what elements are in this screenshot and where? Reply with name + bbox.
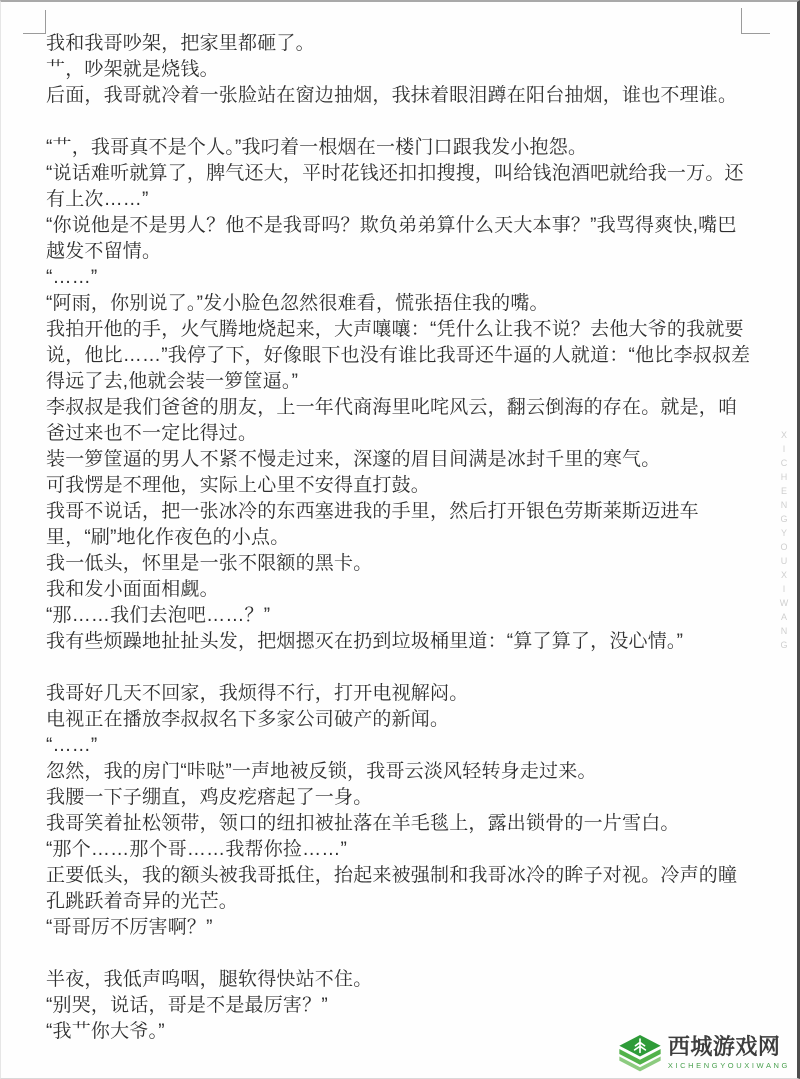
paragraph: “那……我们去泡吧……？” [46, 603, 752, 629]
paragraph-spacer [46, 941, 752, 967]
paragraph: 我一低头，怀里是一张不限额的黑卡。 [46, 551, 752, 577]
wheat-leaf-layers-icon [617, 1035, 663, 1073]
side-watermark: XICHENGYOUXIWANG [779, 430, 789, 654]
paragraph-spacer [46, 655, 752, 681]
paragraph-spacer [46, 109, 752, 135]
paragraph: 李叔叔是我们爸爸的朋友，上一年代商海里叱咤风云，翻云倒海的存在。就是，咱爸过来也… [46, 395, 752, 447]
paragraph: 半夜，我低声呜咽，腿软得快站不住。 [46, 967, 752, 993]
paragraph: “……” [46, 265, 752, 291]
logo-subtitle: XICHENGYOUXIWANG [668, 1061, 790, 1070]
document-page: 我和我哥吵架，把家里都砸了。艹，吵架就是烧钱。后面，我哥就冷着一张脸站在窗边抽烟… [0, 0, 800, 1079]
logo-text-block: 西城游戏网 XICHENGYOUXIWANG [668, 1034, 790, 1070]
paragraph: 正要低头，我的额头被我哥抵住，抬起来被强制和我哥冰冷的眸子对视。冷声的瞳孔跳跃着… [46, 863, 752, 915]
paragraph: 可我愣是不理他，实际上心里不安得直打鼓。 [46, 473, 752, 499]
paragraph: 我拍开他的手，火气腾地烧起来，大声嚷嚷：“凭什么让我不说？去他大爷的我就要说，他… [46, 317, 752, 395]
text-boundary-mark-top-left [23, 10, 46, 34]
story-text: 我和我哥吵架，把家里都砸了。艹，吵架就是烧钱。后面，我哥就冷着一张脸站在窗边抽烟… [46, 31, 752, 1045]
paragraph: 我腰一下子绷直，鸡皮疙瘩起了一身。 [46, 785, 752, 811]
paragraph: “别哭，说话，哥是不是最厉害？” [46, 993, 752, 1019]
paragraph: 后面，我哥就冷着一张脸站在窗边抽烟，我抹着眼泪蹲在阳台抽烟，谁也不理谁。 [46, 83, 752, 109]
site-logo: 西城游戏网 XICHENGYOUXIWANG [617, 1034, 790, 1073]
paragraph: 电视正在播放李叔叔名下多家公司破产的新闻。 [46, 707, 752, 733]
paragraph: “说话难听就算了，脾气还大，平时花钱还扣扣搜搜，叫给钱泡酒吧就给我一万。还有上次… [46, 161, 752, 213]
paragraph: 我哥不说话，把一张冰冷的东西塞进我的手里，然后打开银色劳斯莱斯迈进车里，“刷”地… [46, 499, 752, 551]
paragraph: 我哥笑着扯松领带，领口的纽扣被扯落在羊毛毯上，露出锁骨的一片雪白。 [46, 811, 752, 837]
logo-title: 西城游戏网 [668, 1034, 790, 1060]
paragraph: “艹，我哥真不是个人。”我叼着一根烟在一楼门口跟我发小抱怨。 [46, 135, 752, 161]
paragraph: “……” [46, 733, 752, 759]
paragraph: “你说他是不是男人？他不是我哥吗？欺负弟弟算什么天大本事？”我骂得爽快,嘴巴越发… [46, 213, 752, 265]
paragraph: “那个……那个哥……我帮你捡……” [46, 837, 752, 863]
paragraph: 艹，吵架就是烧钱。 [46, 57, 752, 83]
paragraph: 我和发小面面相觑。 [46, 577, 752, 603]
paragraph: 我有些烦躁地扯扯头发，把烟摁灭在扔到垃圾桶里道：“算了算了，没心情。” [46, 629, 752, 655]
paragraph: 装一箩筐逼的男人不紧不慢走过来，深邃的眉目间满是冰封千里的寒气。 [46, 447, 752, 473]
paragraph: “阿雨，你别说了。”发小脸色忽然很难看，慌张捂住我的嘴。 [46, 291, 752, 317]
paragraph: “哥哥厉不厉害啊？” [46, 915, 752, 941]
paragraph: 我哥好几天不回家，我烦得不行，打开电视解闷。 [46, 681, 752, 707]
paragraph: 我和我哥吵架，把家里都砸了。 [46, 31, 752, 57]
paragraph: 忽然，我的房门“咔哒”一声地被反锁，我哥云淡风轻转身走过来。 [46, 759, 752, 785]
